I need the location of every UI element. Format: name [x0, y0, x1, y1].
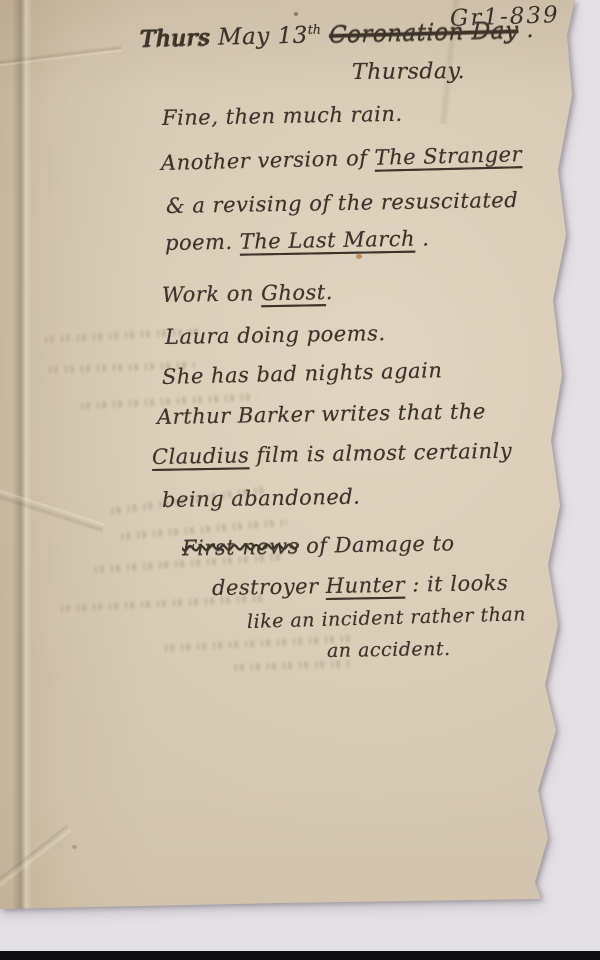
- diary-line: Work on Ghost.: [162, 280, 333, 307]
- diary-text-segment: & a revising of the resuscitated: [166, 188, 519, 218]
- diary-text-segment: Another version of: [161, 146, 375, 175]
- diary-text-segment: film is almost certainly: [249, 439, 512, 468]
- diary-line: poem. The Last March .: [165, 226, 430, 255]
- diary-text-segment: The Last March: [240, 227, 416, 254]
- diary-text-segment: Thurs: [140, 25, 219, 53]
- diary-line: Fine, then much rain.: [162, 102, 403, 130]
- diary-text-segment: First news: [182, 534, 299, 560]
- diary-line: Thursday.: [352, 59, 465, 85]
- diary-text-segment: .: [518, 17, 534, 43]
- diary-line: First news of Damage to: [182, 531, 455, 560]
- diary-line: being abandoned.: [162, 485, 361, 512]
- diary-line: like an incident rather than: [247, 603, 527, 633]
- diary-text-segment: May 13: [218, 22, 308, 50]
- diary-lines: Thurs May 13th Coronation Day .Thursday.…: [0, 0, 600, 915]
- scanned-diary-page: Gr1-839 Thurs May 13th Coronation Day .T…: [0, 0, 600, 960]
- diary-line: Thurs May 13th Coronation Day .: [140, 16, 535, 52]
- diary-line: She has bad nights again: [162, 358, 443, 389]
- diary-text-segment: an accident.: [327, 638, 451, 662]
- diary-text-segment: Coronation Day: [328, 17, 519, 48]
- scan-edge-bar: [0, 951, 600, 960]
- paper-shadow-wrap: Gr1-839 Thurs May 13th Coronation Day .T…: [0, 0, 600, 960]
- diary-text-segment: Ghost: [261, 280, 326, 305]
- diary-text-segment: : it looks: [405, 571, 509, 597]
- diary-text-segment: Work on: [162, 281, 261, 307]
- diary-text-segment: Claudius: [152, 443, 250, 469]
- diary-line: Arthur Barker writes that the: [157, 399, 486, 429]
- manuscript-paper: Gr1-839 Thurs May 13th Coronation Day .T…: [0, 0, 600, 915]
- diary-text-segment: Laura doing poems.: [165, 321, 386, 349]
- diary-text-segment: being abandoned.: [162, 485, 361, 512]
- diary-text-segment: poem.: [165, 230, 240, 255]
- diary-line: & a revising of the resuscitated: [166, 188, 519, 218]
- diary-text-segment: She has bad nights again: [162, 358, 443, 389]
- diary-text-segment: like an incident rather than: [247, 603, 527, 633]
- diary-line: an accident.: [327, 638, 451, 662]
- diary-line: Claudius film is almost certainly: [152, 439, 513, 469]
- diary-text-segment: of Damage to: [299, 531, 455, 558]
- diary-text-segment: .: [326, 280, 334, 304]
- diary-text-segment: Arthur Barker writes that the: [157, 399, 486, 429]
- diary-line: Another version of The Stranger: [161, 142, 523, 175]
- diary-text-segment: destroyer: [212, 574, 326, 600]
- diary-text-segment: th: [308, 22, 322, 37]
- diary-text-segment: Hunter: [326, 573, 406, 598]
- diary-line: Laura doing poems.: [165, 321, 386, 349]
- diary-line: destroyer Hunter : it looks: [212, 571, 509, 600]
- diary-text-segment: The Stranger: [374, 142, 522, 170]
- diary-text-segment: Thursday.: [352, 59, 465, 85]
- diary-text-segment: Fine, then much rain.: [162, 102, 403, 130]
- diary-text-segment: .: [415, 226, 430, 250]
